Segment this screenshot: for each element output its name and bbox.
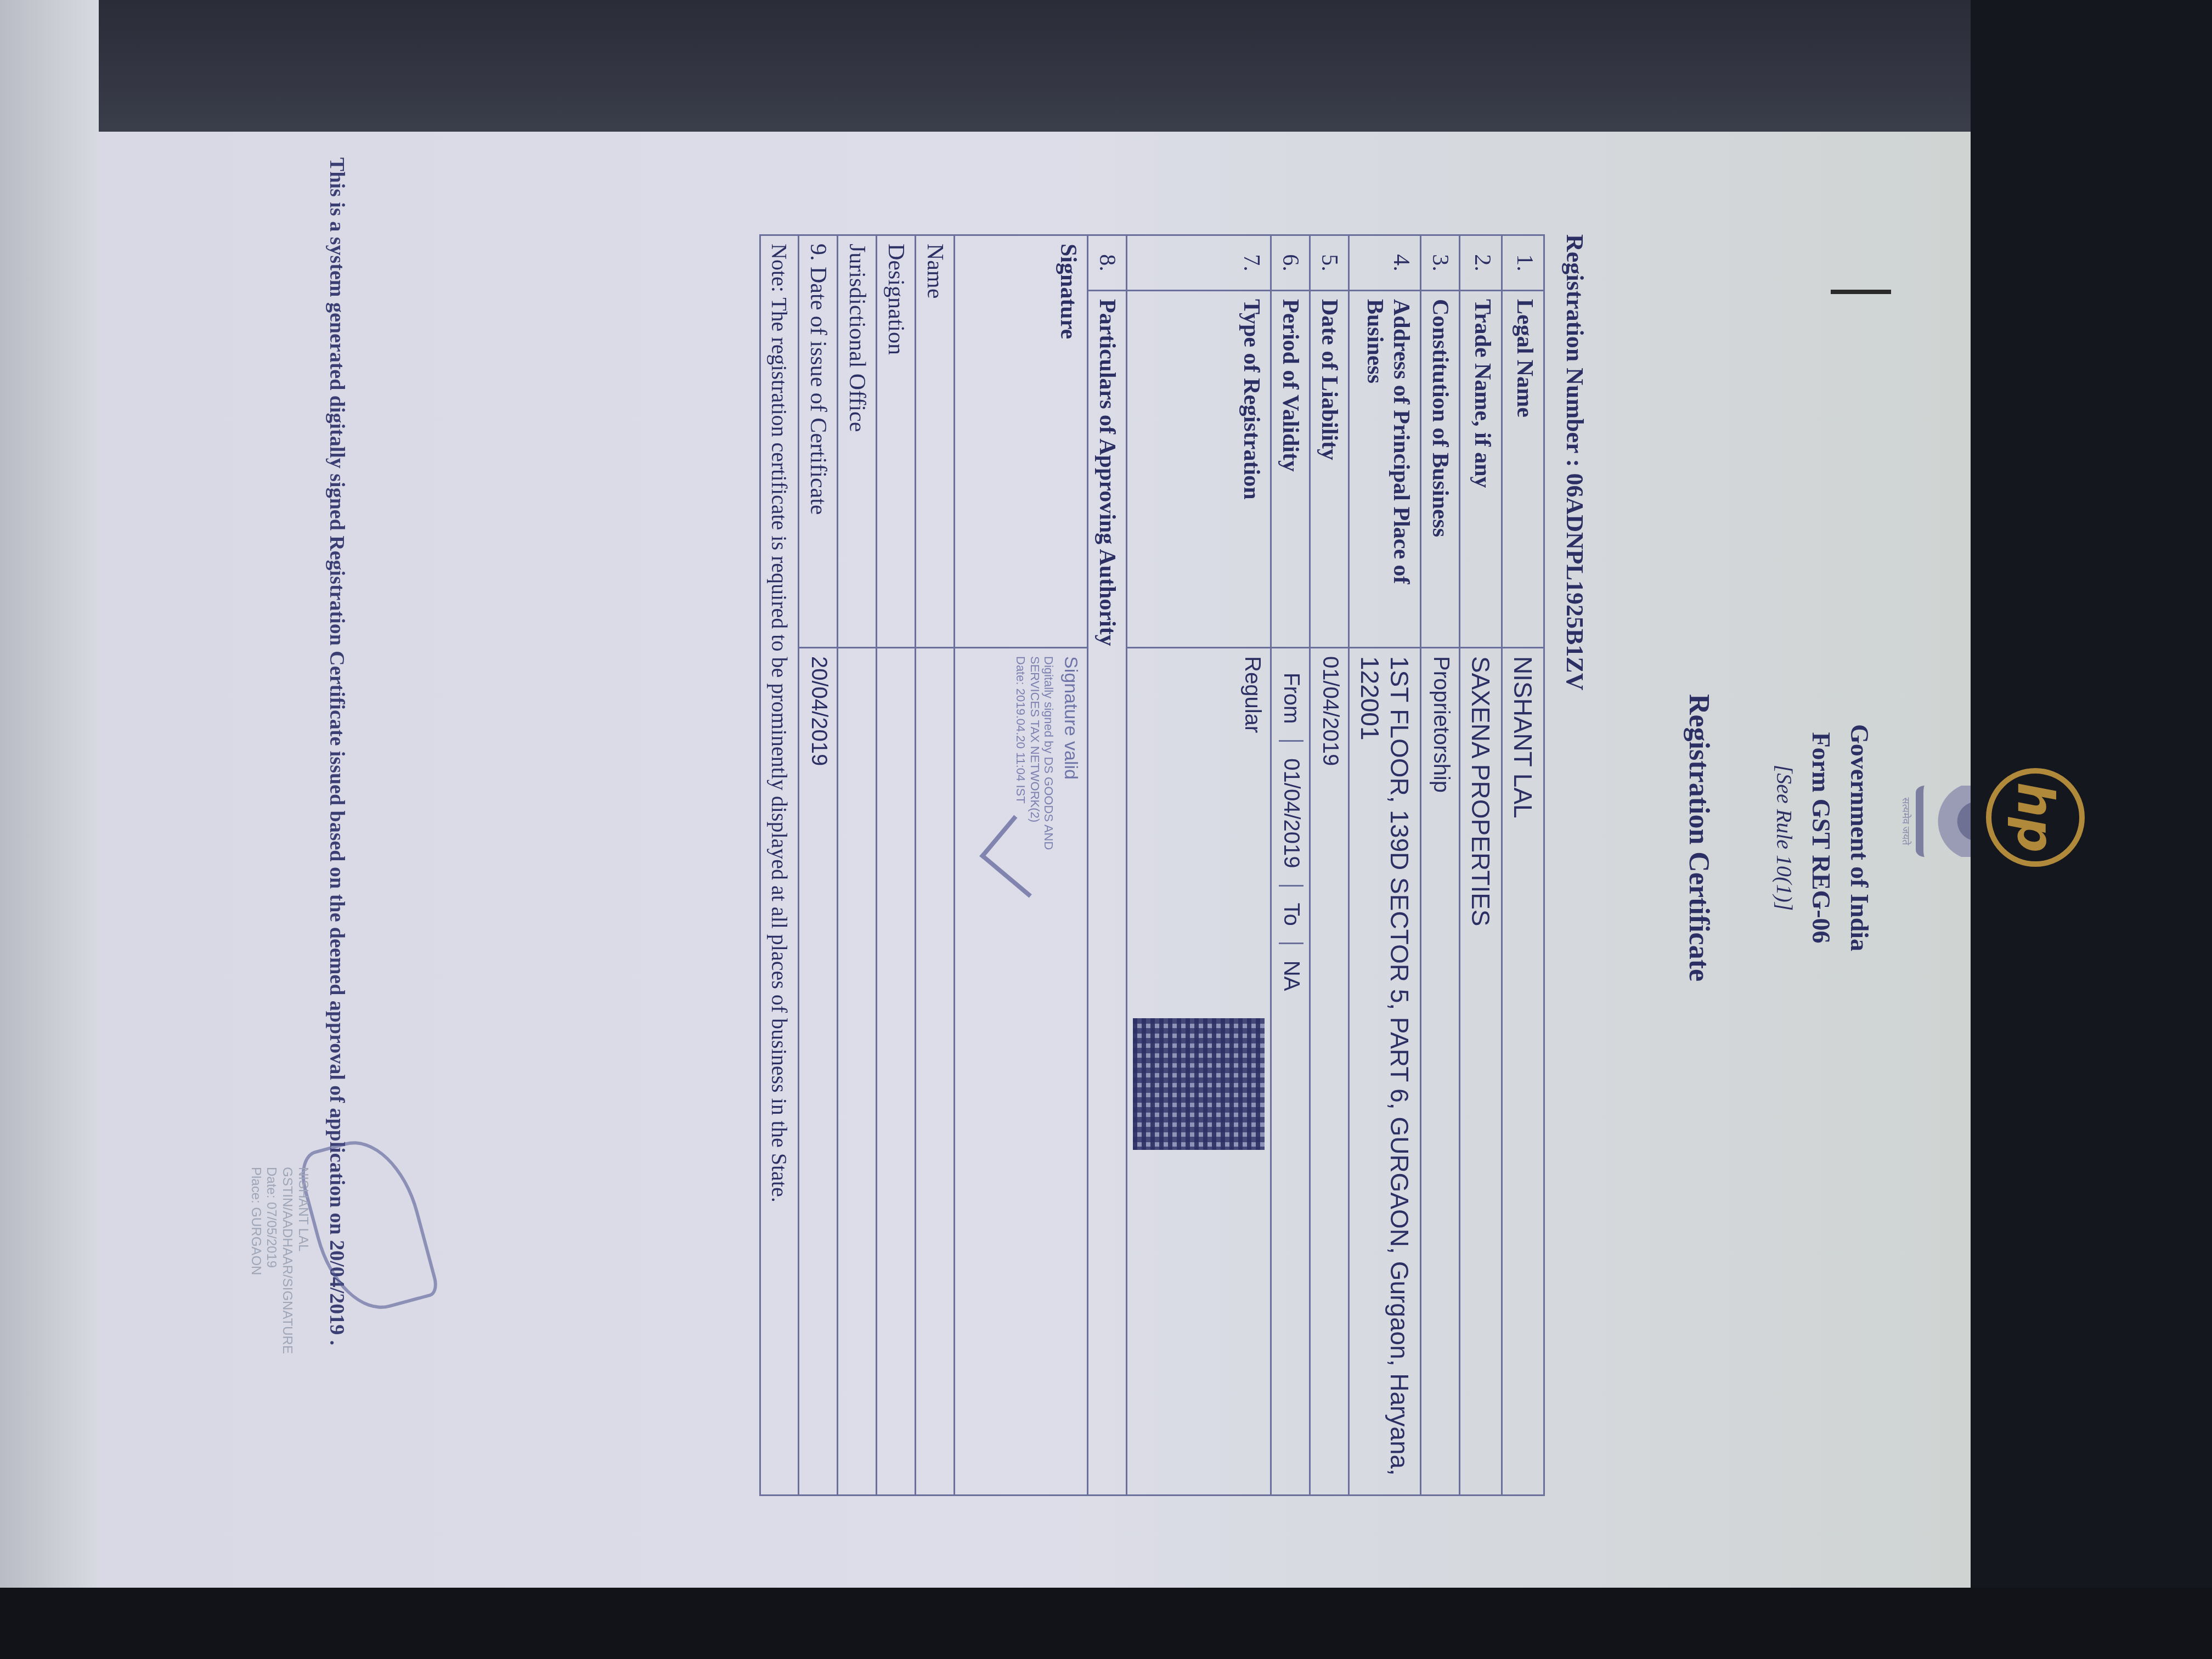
emblem-shape bbox=[1916, 786, 1971, 857]
table-row: 5. Date of Liability 01/04/2019 bbox=[1310, 235, 1349, 1496]
type-of-registration-cell: Regular bbox=[1127, 648, 1271, 1496]
certificate-title: Registration Certificate bbox=[1683, 132, 1715, 1551]
emblem-caption: सत्यमेव जयते bbox=[1899, 797, 1912, 845]
rule-reference: [See Rule 10(1)] bbox=[1771, 132, 1797, 1551]
table-row: 8. Particulars of Approving Authority bbox=[1088, 235, 1127, 1496]
registration-certificate-document: सत्यमेव जयते Government of India Form GS… bbox=[228, 132, 1971, 1551]
national-emblem-icon: सत्यमेव जयते bbox=[1885, 766, 1971, 876]
row-number: 5. bbox=[1310, 235, 1349, 291]
row-number: 7. bbox=[1127, 235, 1271, 291]
type-of-registration-value: Regular bbox=[1240, 656, 1265, 733]
designation-value bbox=[877, 648, 916, 1496]
period-of-validity-label: Period of Validity bbox=[1271, 291, 1310, 648]
jurisdictional-office-label: Jurisdictional Office bbox=[838, 235, 877, 648]
system-generated-footer: This is a system generated digitally sig… bbox=[325, 157, 349, 1518]
row-number: 4. bbox=[1349, 235, 1421, 291]
jurisdictional-office-value bbox=[838, 648, 877, 1496]
handwritten-signature-icon bbox=[295, 1128, 441, 1321]
address-value: 1ST FLOOR, 139D SECTOR 5, PART 6, GURGAO… bbox=[1349, 648, 1421, 1496]
type-of-registration-label: Type of Registration bbox=[1127, 291, 1271, 648]
monitor-bezel-top bbox=[0, 0, 2212, 132]
designation-label: Designation bbox=[877, 235, 916, 648]
period-of-validity-value: From 01/04/2019 To NA bbox=[1271, 648, 1310, 1496]
validity-from-label: From bbox=[1279, 656, 1304, 742]
table-row: Note: The registration certificate is re… bbox=[760, 235, 799, 1496]
row-number: 8. bbox=[1088, 235, 1127, 291]
registration-number: Registration Number : 06ADNPL1925B1ZV bbox=[1561, 234, 1589, 691]
validity-to-value: NA bbox=[1279, 944, 1304, 1008]
table-row: 1. Legal Name NISHANT LAL bbox=[1502, 235, 1544, 1496]
monitor-screen: सत्यमेव जयते Government of India Form GS… bbox=[99, 132, 1971, 1588]
signature-status: Signature valid bbox=[1060, 656, 1081, 1487]
row-number: 1. bbox=[1502, 235, 1544, 291]
row-number: 6. bbox=[1271, 235, 1310, 291]
legal-name-label: Legal Name bbox=[1502, 291, 1544, 648]
table-row: 6. Period of Validity From 01/04/2019 To… bbox=[1271, 235, 1310, 1496]
hp-logo-icon: hp bbox=[1986, 768, 2085, 867]
signature-block: Signature valid Digitally signed by DS G… bbox=[955, 648, 1088, 1496]
name-label: Name bbox=[916, 235, 955, 648]
certificate-table: 1. Legal Name NISHANT LAL 2. Trade Name,… bbox=[759, 234, 1545, 1496]
registration-number-label: Registration Number : bbox=[1561, 234, 1588, 467]
date-of-liability-value: 01/04/2019 bbox=[1310, 648, 1349, 1496]
monitor-bezel-left bbox=[0, 0, 99, 1659]
signature-label: Signature bbox=[955, 235, 1088, 648]
monitor-bezel-bottom bbox=[0, 1588, 2212, 1659]
date-of-issue-value: 20/04/2019 bbox=[799, 648, 838, 1496]
table-row: 9. Date of issue of Certificate 20/04/20… bbox=[799, 235, 838, 1496]
table-row: Jurisdictional Office bbox=[838, 235, 877, 1496]
table-row: Designation bbox=[877, 235, 916, 1496]
digital-signature-stamp: NISHANT LAL GSTIN/AADHAAR/SIGNATURE Date… bbox=[247, 1167, 311, 1354]
qr-code-icon bbox=[1133, 1018, 1265, 1150]
approving-authority-label: Particulars of Approving Authority bbox=[1088, 291, 1127, 1496]
table-row: Signature Signature valid Digitally sign… bbox=[955, 235, 1088, 1496]
row-number: 2. bbox=[1460, 235, 1502, 291]
registration-number-value: 06ADNPL1925B1ZV bbox=[1561, 473, 1588, 690]
date-of-liability-label: Date of Liability bbox=[1310, 291, 1349, 648]
validity-to-label: To bbox=[1279, 887, 1304, 944]
validity-from-value: 01/04/2019 bbox=[1279, 742, 1304, 886]
table-row: Name bbox=[916, 235, 955, 1496]
legal-name-value: NISHANT LAL bbox=[1502, 648, 1544, 1496]
signature-details: Digitally signed by DS GOODS AND SERVICE… bbox=[1014, 656, 1056, 1487]
table-row: 4. Address of Principal Place of Busines… bbox=[1349, 235, 1421, 1496]
name-value bbox=[916, 648, 955, 1496]
constitution-value: Proprietorship bbox=[1421, 648, 1460, 1496]
trade-name-value: SAXENA PROPERTIES bbox=[1460, 648, 1502, 1496]
trade-name-label: Trade Name, if any bbox=[1460, 291, 1502, 648]
form-heading: Form GST REG-06 bbox=[1807, 132, 1836, 1551]
constitution-label: Constitution of Business bbox=[1421, 291, 1460, 648]
table-row: 7. Type of Registration Regular bbox=[1127, 235, 1271, 1496]
address-label: Address of Principal Place of Business bbox=[1349, 291, 1421, 648]
table-row: 2. Trade Name, if any SAXENA PROPERTIES bbox=[1460, 235, 1502, 1496]
display-note: Note: The registration certificate is re… bbox=[760, 235, 799, 1496]
government-heading: Government of India bbox=[1845, 132, 1874, 1551]
table-row: 3. Constitution of Business Proprietorsh… bbox=[1421, 235, 1460, 1496]
row-number: 3. bbox=[1421, 235, 1460, 291]
date-of-issue-label: 9. Date of issue of Certificate bbox=[799, 235, 838, 648]
